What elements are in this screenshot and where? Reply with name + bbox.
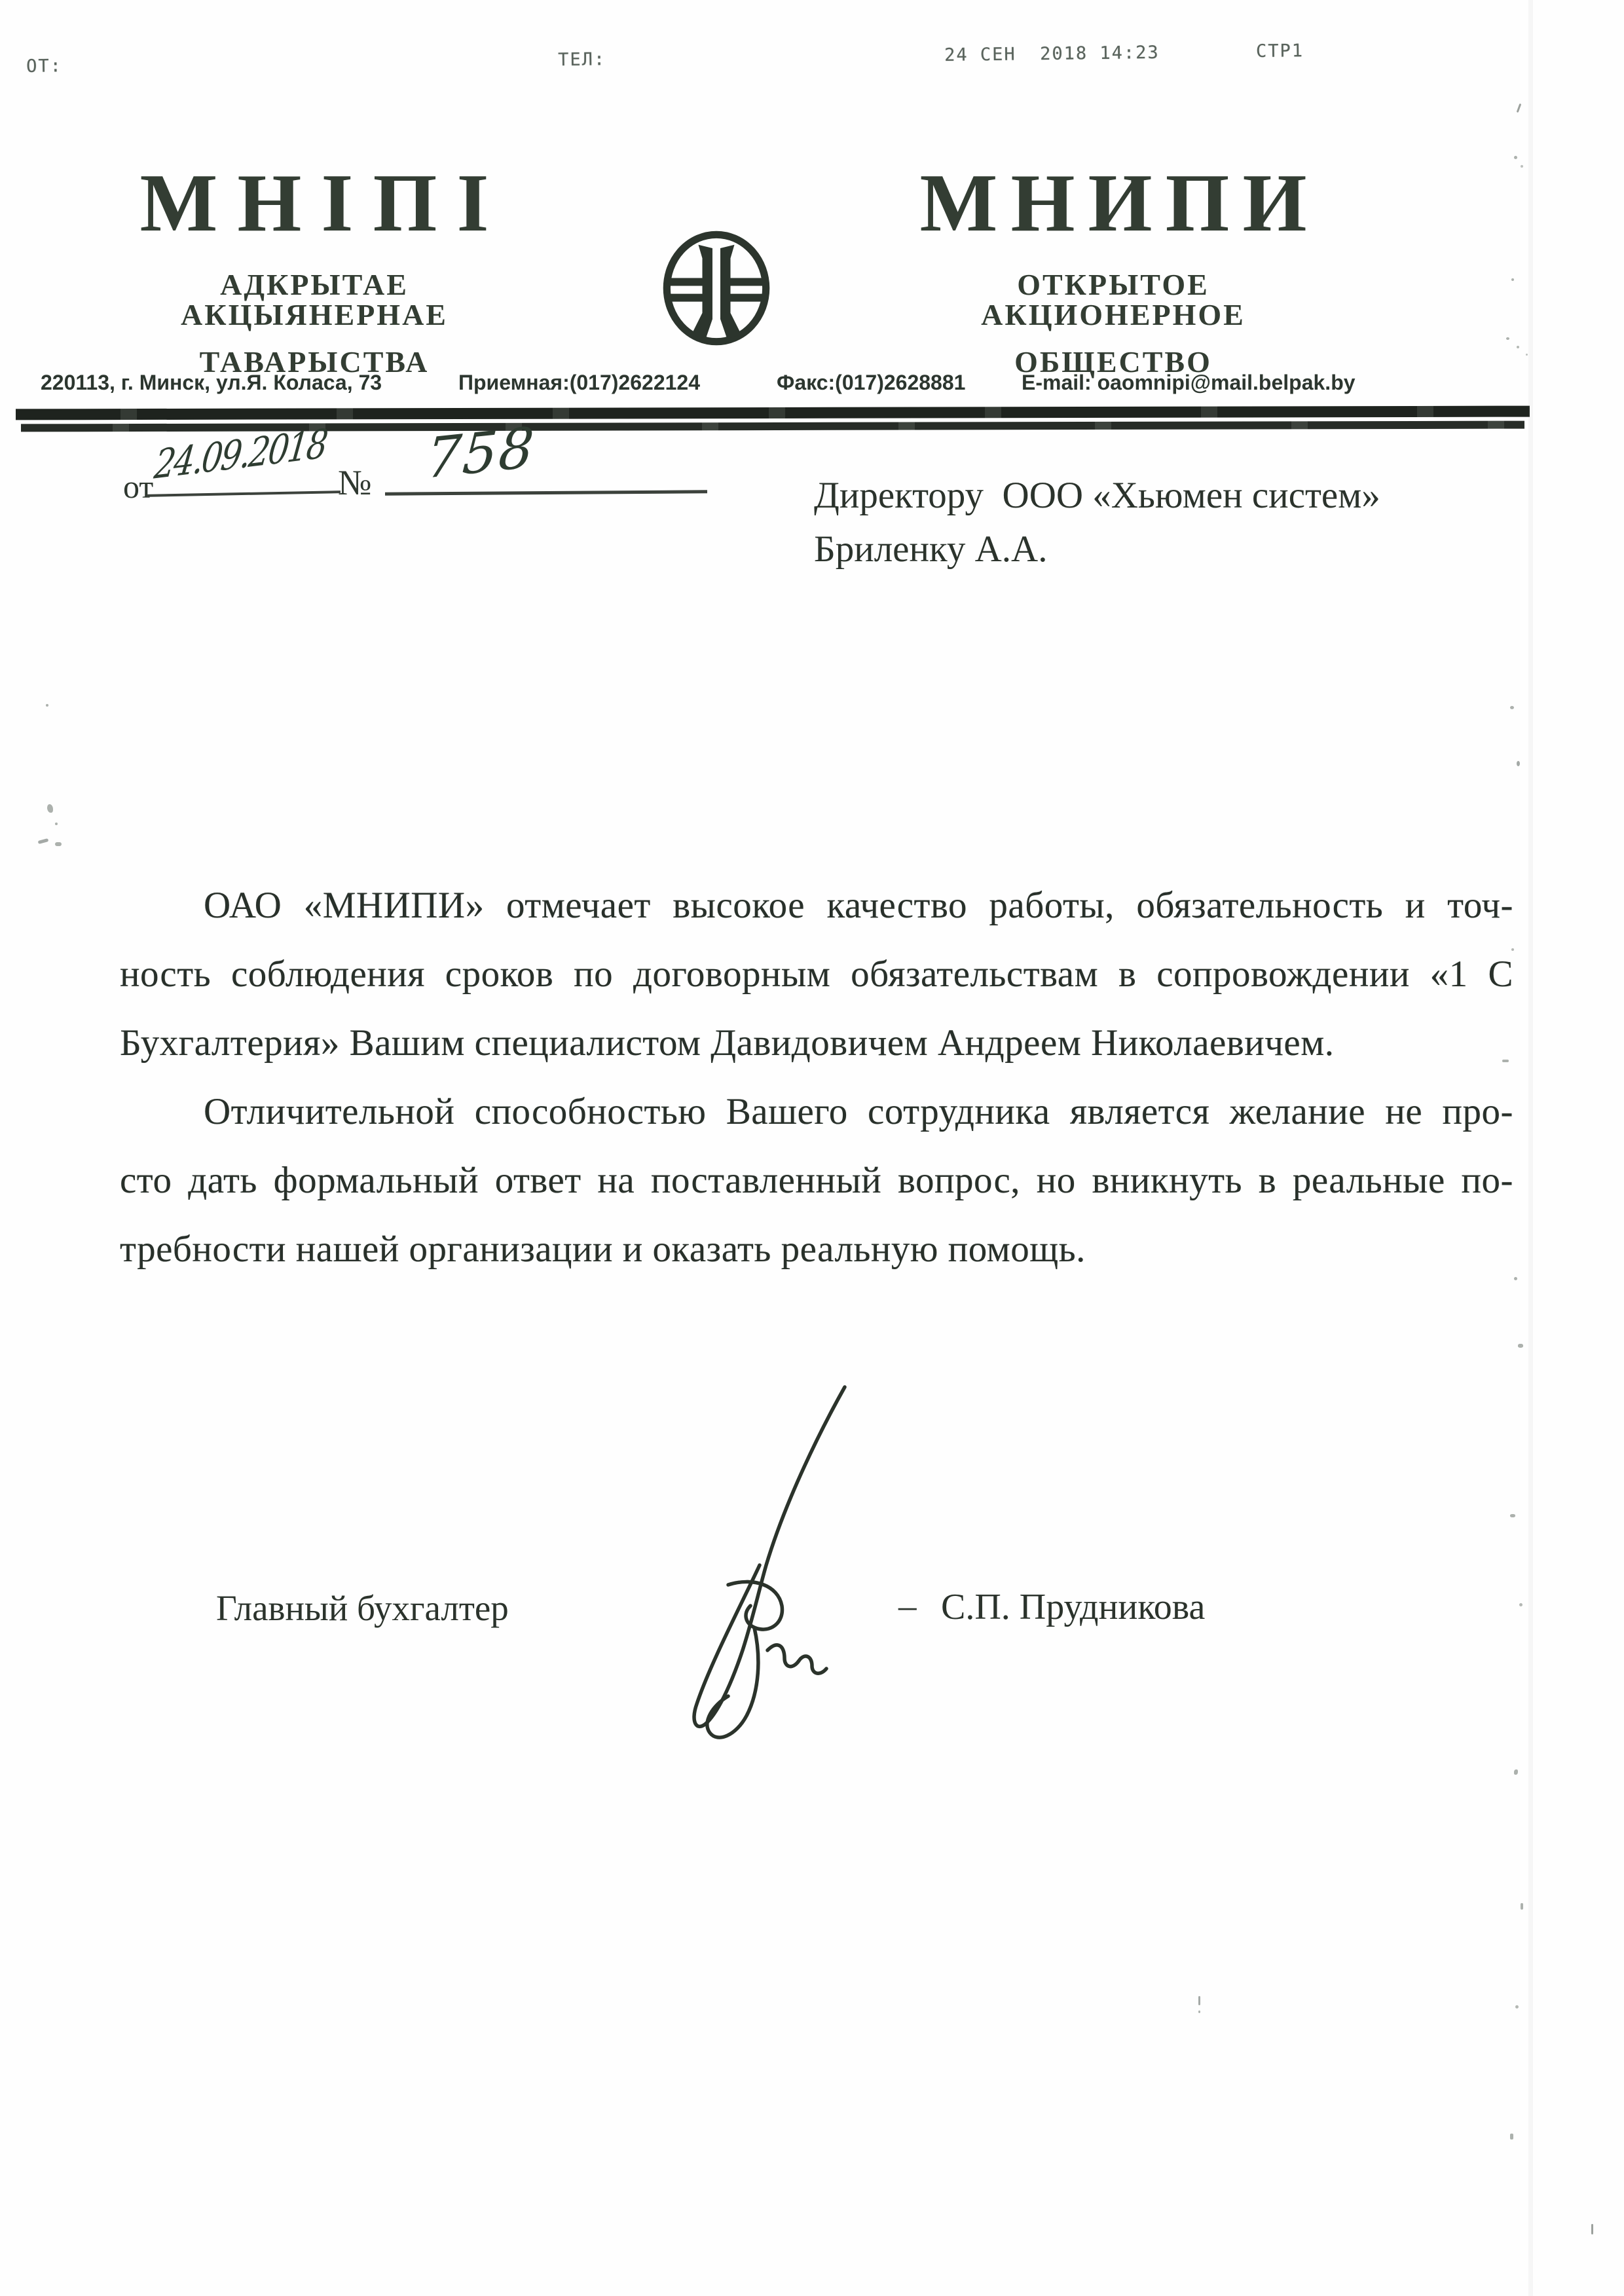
- body-line: ОАО «МНИПИ» отмечает высокое качество ра…: [120, 871, 1513, 940]
- company-acronym-be: МНІПІ: [98, 162, 530, 245]
- scan-artifact: [1514, 1277, 1517, 1280]
- company-address: 220113, г. Минск, ул.Я. Коласа, 73: [41, 371, 382, 395]
- ref-number-sign: №: [338, 462, 372, 503]
- fax-header: ОТ: ТЕЛ: 24 СЕН 2018 14:23 СТР1: [26, 39, 1401, 56]
- recipient-line1: Директору ООО «Хьюмен систем»: [814, 469, 1380, 523]
- scan-artifact: [1510, 2134, 1513, 2139]
- scan-artifact: [55, 842, 62, 846]
- handwritten-signature: [650, 1369, 885, 1749]
- scan-artifact: [1526, 354, 1528, 356]
- scan-artifact: [1511, 278, 1514, 281]
- email-address: E-mail: oaomnipi@mail.belpak.by: [1022, 371, 1356, 395]
- letter-body: ОАО «МНИПИ» отмечает высокое качество ра…: [120, 871, 1513, 1284]
- scan-artifact: [1510, 706, 1514, 709]
- scan-artifact: [1519, 1603, 1522, 1606]
- scan-artifact: [1591, 2224, 1593, 2234]
- scan-artifact: [1514, 1769, 1518, 1775]
- letterhead-right: МНИПИ ОТКРЫТОЕ АКЦИОНЕРНОЕ ОБЩЕСТВО: [904, 162, 1323, 377]
- number-underline: [385, 490, 707, 495]
- scan-artifact: [46, 704, 48, 707]
- signature-dash: –: [898, 1585, 917, 1626]
- scan-artifact: [38, 838, 49, 844]
- scan-streak: [1528, 0, 1533, 2296]
- signer-name: С.П. Прудникова: [941, 1586, 1205, 1628]
- mnipi-emblem-icon: [660, 228, 773, 348]
- fax-page-number: СТР1: [1256, 41, 1304, 62]
- scan-artifact: [47, 804, 53, 813]
- reception-phone: Приемная:(017)2622124: [458, 371, 700, 395]
- letterhead-rule-top: [16, 406, 1530, 420]
- body-line: сто дать формальный ответ на поставленны…: [120, 1146, 1513, 1215]
- scan-artifact: [1517, 761, 1520, 766]
- contact-line: 220113, г. Минск, ул.Я. Коласа, 73 Прием…: [0, 371, 1624, 399]
- scan-artifact: [1198, 1996, 1200, 2005]
- scan-artifact: [1521, 165, 1523, 168]
- fax-tel-label: ТЕЛ:: [558, 49, 606, 70]
- scan-artifact: [1510, 1514, 1515, 1517]
- company-type-ru-line1: ОТКРЫТОЕ АКЦИОНЕРНОЕ: [904, 270, 1323, 330]
- fax-from-label: ОТ:: [26, 56, 62, 77]
- body-line: Бухгалтерия» Вашим специалистом Давидови…: [120, 1009, 1513, 1077]
- company-acronym-ru: МНИПИ: [904, 162, 1323, 245]
- scan-artifact: [1517, 346, 1519, 348]
- fax-timestamp: 24 СЕН 2018 14:23: [944, 43, 1160, 65]
- scan-artifact: [1511, 948, 1514, 951]
- body-line: требности нашей организации и оказать ре…: [120, 1215, 1513, 1284]
- scan-artifact: [1521, 1903, 1523, 1910]
- handwritten-number: 758: [424, 415, 537, 491]
- recipient-line2: Бриленку А.А.: [814, 523, 1380, 576]
- scan-artifact: [55, 823, 58, 825]
- scan-artifact: [1506, 337, 1509, 340]
- fax-number: Факс:(017)2628881: [777, 371, 965, 395]
- ref-from-label: от: [123, 468, 153, 506]
- letterhead-left: МНІПІ АДКРЫТАЕ АКЦЫЯНЕРНАЕ ТАВАРЫСТВА: [98, 162, 530, 377]
- scan-artifact: [1514, 156, 1517, 159]
- scan-artifact: [1198, 2010, 1200, 2013]
- scan-artifact: [1502, 1060, 1509, 1062]
- company-type-be-line1: АДКРЫТАЕ АКЦЫЯНЕРНАЕ: [98, 270, 530, 330]
- scan-artifact: [1518, 1344, 1523, 1348]
- recipient-block: Директору ООО «Хьюмен систем» Бриленку А…: [814, 469, 1380, 576]
- scanned-letter-page: ОТ: ТЕЛ: 24 СЕН 2018 14:23 СТР1 МНІПІ АД…: [0, 0, 1624, 2296]
- body-line: ность соблюдения сроков по договорным об…: [120, 940, 1513, 1009]
- date-underline: [147, 491, 341, 497]
- scan-artifact: [1515, 2005, 1519, 2009]
- signer-title: Главный бухгалтер: [216, 1587, 509, 1629]
- body-line: Отличительной способностью Вашего сотруд…: [120, 1077, 1513, 1146]
- scan-artifact: [1517, 103, 1522, 113]
